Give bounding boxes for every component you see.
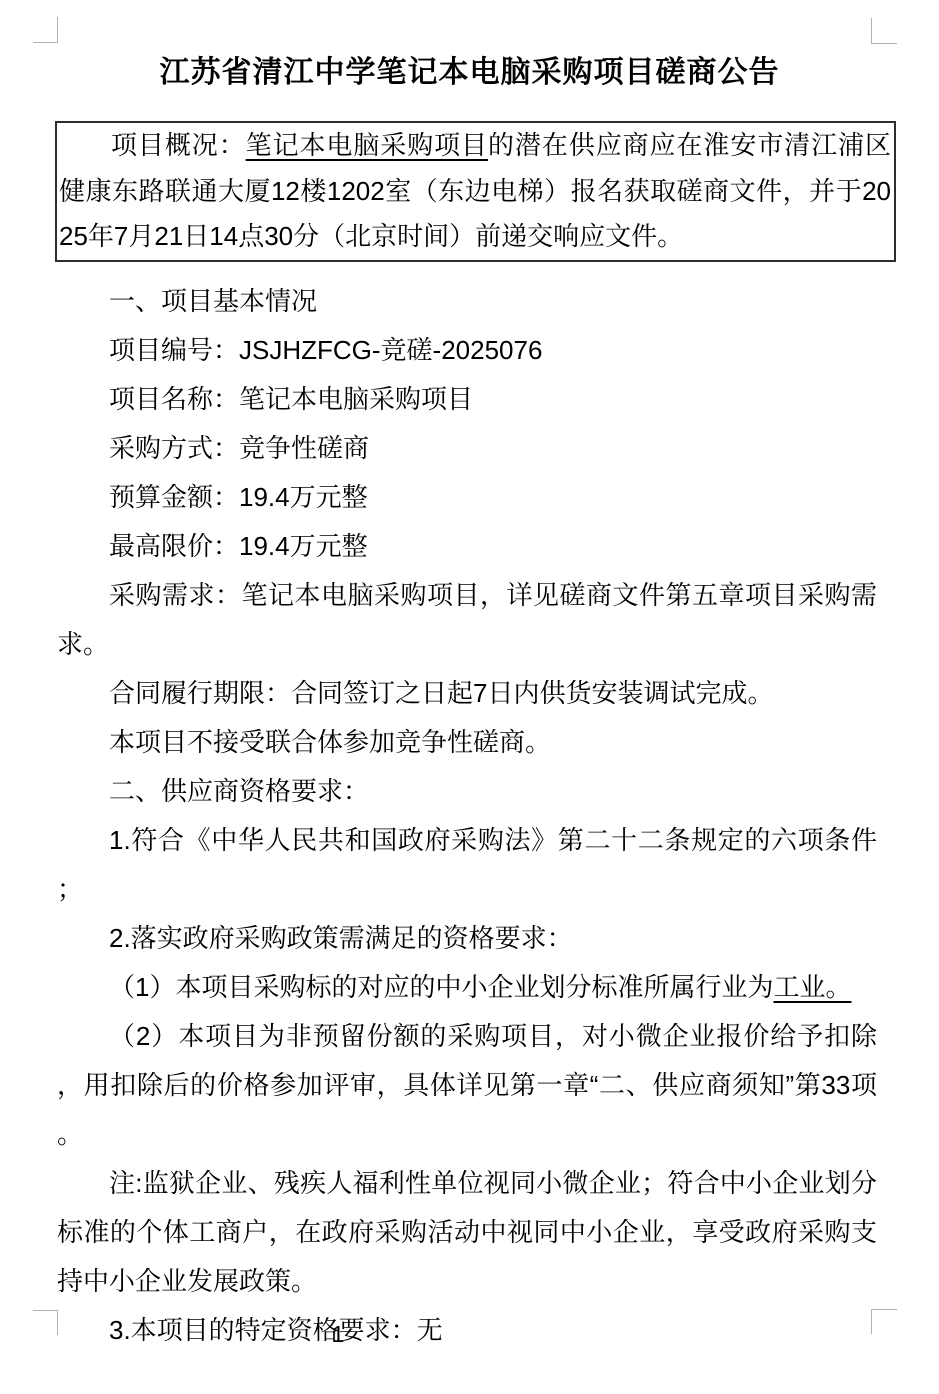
text-boundary-mark-top-right [871, 18, 897, 44]
page-number: 1 [318, 1320, 358, 1348]
paragraph: 最高限价：19.4万元整 [57, 522, 877, 571]
text-segment: 笔记本电脑采购项目 [246, 130, 488, 160]
text-segment: 本项目不接受联合体参加竞争性磋商。 [109, 727, 551, 757]
text-segment: 注:监狱企业、残疾人福利性单位视同小微企业；符合中小企业划分标准的个体工商户，在… [57, 1168, 877, 1296]
text-segment: 3.本项目的特定资格要求：无 [109, 1315, 443, 1345]
document-page: 江苏省清江中学笔记本电脑采购项目磋商公告 项目概况：笔记本电脑采购项目的潜在供应… [0, 0, 939, 1394]
paragraph: 1.符合《中华人民共和国政府采购法》第二十二条规定的六项条件； [57, 816, 877, 914]
text-boundary-mark-bottom-left [33, 1310, 58, 1335]
paragraph: 合同履行期限：合同签订之日起7日内供货安装调试完成。 [57, 669, 877, 718]
text-segment: （1）本项目采购标的对应的中小企业划分标准所属行业为 [109, 972, 773, 1002]
paragraph: （1）本项目采购标的对应的中小企业划分标准所属行业为工业。 [57, 963, 877, 1012]
text-segment: 工业。 [773, 972, 851, 1002]
overview-paragraph: 项目概况：笔记本电脑采购项目的潜在供应商应在淮安市清江浦区健康东路联通大厦12楼… [59, 123, 891, 260]
paragraph: 3.本项目的特定资格要求：无 [57, 1306, 877, 1355]
paragraph: 预算金额：19.4万元整 [57, 473, 877, 522]
paragraph: 一、项目基本情况 [57, 277, 877, 326]
paragraph: 注:监狱企业、残疾人福利性单位视同小微企业；符合中小企业划分标准的个体工商户，在… [57, 1159, 877, 1306]
document-title: 江苏省清江中学笔记本电脑采购项目磋商公告 [0, 54, 939, 92]
text-segment: 项目编号：JSJHZFCG-竞磋-2025076 [109, 335, 542, 365]
paragraph: 采购方式：竞争性磋商 [57, 424, 877, 473]
paragraph: 项目编号：JSJHZFCG-竞磋-2025076 [57, 326, 877, 375]
text-segment: 采购方式：竞争性磋商 [109, 433, 369, 463]
project-overview-box: 项目概况：笔记本电脑采购项目的潜在供应商应在淮安市清江浦区健康东路联通大厦12楼… [55, 121, 896, 262]
paragraph: 本项目不接受联合体参加竞争性磋商。 [57, 718, 877, 767]
text-segment: 一、项目基本情况 [109, 286, 317, 316]
text-segment: 合同履行期限：合同签订之日起7日内供货安装调试完成。 [109, 678, 773, 708]
text-segment: 采购需求：笔记本电脑采购项目，详见磋商文件第五章项目采购需求。 [57, 580, 877, 659]
text-segment: 项目概况： [111, 130, 246, 160]
text-boundary-mark-top-left [33, 17, 58, 43]
paragraph: 项目名称：笔记本电脑采购项目 [57, 375, 877, 424]
paragraph: 采购需求：笔记本电脑采购项目，详见磋商文件第五章项目采购需求。 [57, 571, 877, 669]
text-segment: 预算金额：19.4万元整 [109, 482, 368, 512]
text-segment: （2）本项目为非预留份额的采购项目，对小微企业报价给予扣除，用扣除后的价格参加评… [57, 1021, 877, 1149]
paragraph: 2.落实政府采购政策需满足的资格要求： [57, 914, 877, 963]
text-segment: 最高限价：19.4万元整 [109, 531, 368, 561]
text-segment: 2.落实政府采购政策需满足的资格要求： [109, 923, 573, 953]
paragraph: （2）本项目为非预留份额的采购项目，对小微企业报价给予扣除，用扣除后的价格参加评… [57, 1012, 877, 1159]
text-segment: 项目名称：笔记本电脑采购项目 [109, 384, 473, 414]
paragraph: 二、供应商资格要求： [57, 767, 877, 816]
text-segment: 二、供应商资格要求： [109, 776, 369, 806]
document-body: 一、项目基本情况项目编号：JSJHZFCG-竞磋-2025076项目名称：笔记本… [57, 277, 877, 1355]
text-segment: 1.符合《中华人民共和国政府采购法》第二十二条规定的六项条件； [57, 825, 877, 904]
